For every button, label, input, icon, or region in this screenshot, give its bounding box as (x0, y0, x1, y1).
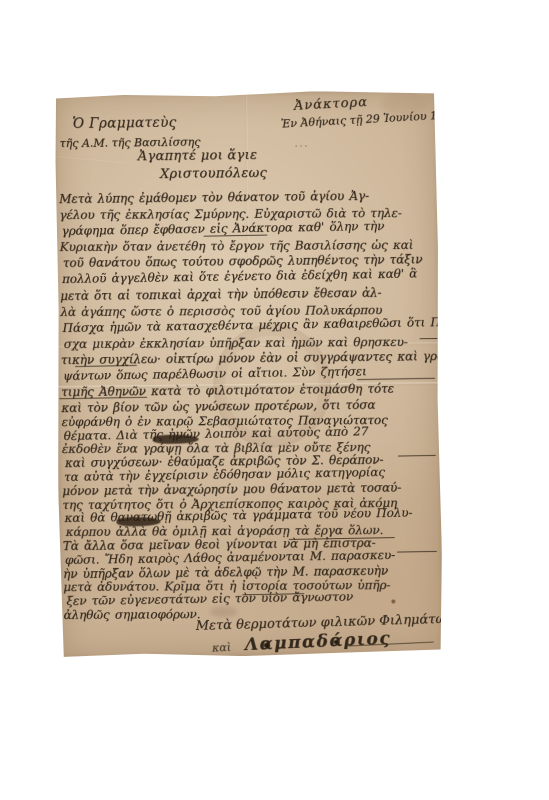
signature-lead: καὶ (212, 641, 232, 655)
handwritten-line: ἐκδοθὲν ἕνα γράψῃ ὅλα τὰ βιβλία μὲν οὔτε… (62, 441, 439, 457)
ink-specks: ... (295, 139, 310, 149)
handwritten-line: Κυριακὴν ὅταν ἀνετέθη τὸ ἔργον τῆς Βασιλ… (60, 237, 437, 255)
letter-body-upper: Μετὰ λύπης ἐμάθομεν τὸν θάνατον τοῦ ἁγίο… (59, 187, 438, 400)
place-date-block: Ἀνάκτορα Ἐν Ἀθήναις τῇ 29 Ἰουνίου 1910 (280, 91, 459, 130)
salutation-block: Ἀγαπητέ μοι ἅγιε Χριστουπόλεως (138, 149, 267, 181)
salutation-line2: Χριστουπόλεως (160, 167, 267, 181)
sender-title-line2: τῆς Α.Μ. τῆς Βασιλίσσης (60, 136, 201, 148)
fold-crease-corner (55, 156, 125, 165)
sender-title-line1: Ὁ Γραμματεὺς (72, 116, 200, 131)
handwritten-line: σχα μικρὰν ἐκκλησίαν ὑπῆρξαν καὶ ἡμῶν κα… (64, 333, 438, 351)
photo-canvas: Ὁ Γραμματεὺς τῆς Α.Μ. τῆς Βασιλίσσης Ἀνά… (0, 0, 549, 800)
sender-title-block: Ὁ Γραμματεὺς τῆς Α.Μ. τῆς Βασιλίσσης (59, 116, 200, 148)
handwritten-line: μετὰ ὅτι αἱ τοπικαὶ ἀρχαὶ τὴν ὑπόθεσιν ἔ… (60, 284, 437, 304)
letter-paper: Ὁ Γραμματεὺς τῆς Α.Μ. τῆς Βασιλίσσης Ἀνά… (54, 90, 443, 658)
handwritten-line: ξεν τῶν εὐγενεστάτων εἰς τὸν υἱὸν ἄγνωστ… (66, 589, 440, 609)
letter-body-lower: καὶ τὸν βίον τῶν ὡς γνώσεων προτέρων, ὅτ… (61, 398, 440, 623)
salutation-line1: Ἀγαπητέ μοι ἅγιε (138, 149, 267, 163)
signature-name: Λαμπαδάριος (244, 628, 391, 655)
